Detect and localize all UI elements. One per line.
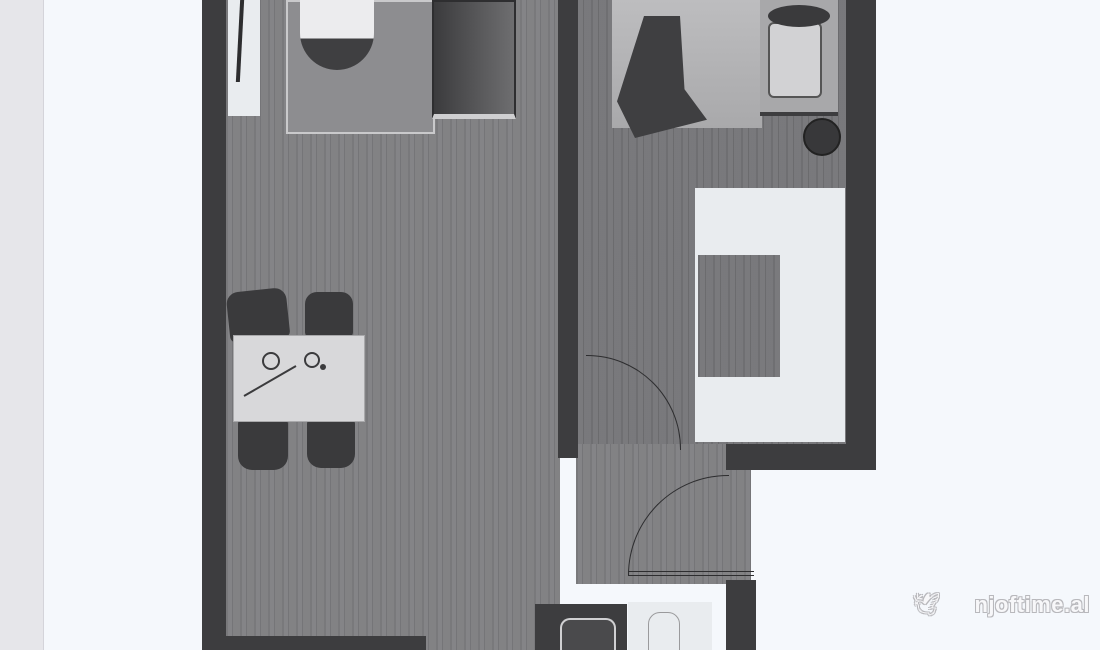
wall-right-bedroom xyxy=(846,0,876,470)
dove-icon: 🕊 xyxy=(912,592,940,618)
table-decor-icon xyxy=(262,352,280,370)
entrance-threshold xyxy=(628,571,754,576)
wall-interior-partition xyxy=(558,0,578,458)
scan-edge-band xyxy=(0,0,44,650)
pillow xyxy=(768,22,822,98)
dining-chair-bottom-left xyxy=(238,418,288,470)
wall-left xyxy=(202,0,226,650)
pillow-dark xyxy=(768,5,830,27)
dining-chair-bottom-right xyxy=(307,418,355,468)
round-nightstand xyxy=(803,118,841,156)
balcony-door-strip xyxy=(228,0,260,116)
dining-chair-top-right xyxy=(305,292,353,338)
wall-hall-right xyxy=(726,580,756,650)
bathroom-sink xyxy=(560,618,616,650)
watermark-text: njoftime.al xyxy=(974,592,1090,618)
sofa xyxy=(432,0,516,119)
toilet xyxy=(648,612,680,650)
dining-table xyxy=(233,335,365,422)
wall-living-bottom xyxy=(226,636,426,650)
wardrobe-recess xyxy=(698,255,780,377)
table-decor-icon xyxy=(320,364,326,370)
table-decor-icon xyxy=(304,352,320,368)
